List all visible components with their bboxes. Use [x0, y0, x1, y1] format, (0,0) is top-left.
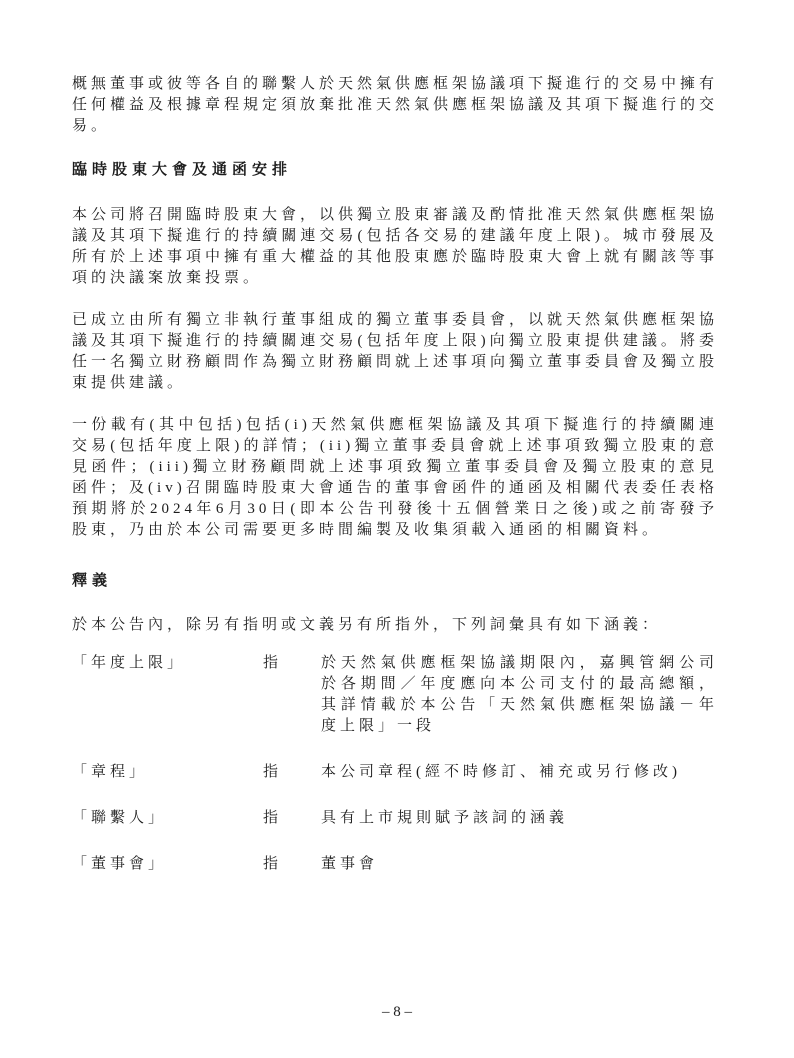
page-number: – 8 – [0, 1002, 794, 1023]
definition-text: 本公司章程(經不時修訂、補充或另行修改) [321, 762, 718, 783]
definition-text: 具有上市規則賦予該詞的涵義 [321, 808, 718, 829]
definition-verb: 指 [263, 808, 321, 829]
definitions-intro: 於本公告內，除另有指明或文義另有所指外，下列詞彙具有如下涵義： [72, 615, 718, 636]
egm-paragraph-3: 一份載有(其中包括)包括(i)天然氣供應框架協議及其項下擬進行的持續關連交易(包… [72, 415, 718, 541]
definition-text: 於天然氣供應框架協議期限內，嘉興管網公司於各期間／年度應向本公司支付的最高總額，… [321, 653, 718, 737]
definition-verb: 指 [263, 854, 321, 875]
definition-row: 「年度上限」 指 於天然氣供應框架協議期限內，嘉興管網公司於各期間／年度應向本公… [72, 653, 718, 737]
definition-row: 「董事會」 指 董事會 [72, 854, 718, 875]
definition-verb: 指 [263, 653, 321, 674]
egm-paragraph-2: 已成立由所有獨立非執行董事組成的獨立董事委員會，以就天然氣供應框架協議及其項下擬… [72, 310, 718, 394]
definitions-section-heading: 釋義 [72, 571, 718, 592]
definition-term: 「聯繫人」 [72, 808, 263, 829]
definition-term: 「年度上限」 [72, 653, 263, 674]
definition-term: 「董事會」 [72, 854, 263, 875]
egm-paragraph-1: 本公司將召開臨時股東大會，以供獨立股東審議及酌情批准天然氣供應框架協議及其項下擬… [72, 205, 718, 289]
definition-text: 董事會 [321, 854, 718, 875]
definition-row: 「章程」 指 本公司章程(經不時修訂、補充或另行修改) [72, 762, 718, 783]
definition-verb: 指 [263, 762, 321, 783]
announcement-page: 概無董事或彼等各自的聯繫人於天然氣供應框架協議項下擬進行的交易中擁有任何權益及根… [0, 0, 794, 1058]
definition-row: 「聯繫人」 指 具有上市規則賦予該詞的涵義 [72, 808, 718, 829]
egm-section-heading: 臨時股東大會及通函安排 [72, 160, 718, 181]
definition-term: 「章程」 [72, 762, 263, 783]
lead-paragraph: 概無董事或彼等各自的聯繫人於天然氣供應框架協議項下擬進行的交易中擁有任何權益及根… [72, 74, 718, 137]
